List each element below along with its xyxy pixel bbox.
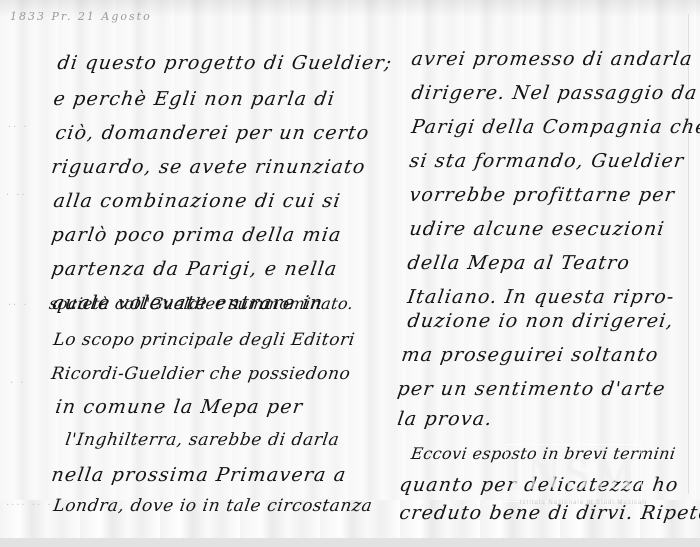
handwritten-line: partenza da Parigi, e nella [50,258,339,280]
handwritten-line: udire alcune esecuzioni [408,218,666,240]
right-page: avrei promesso di andarla a dirigere. Ne… [350,0,700,538]
handwritten-line: di questo progetto di Gueldier; [56,52,394,74]
handwritten-line: si sta formando, Gueldier [408,150,686,172]
watermark-subtext: Istituto Nazionale di Studi Musicali [520,500,647,506]
handwritten-line: e perchè Egli non parla di [52,88,337,110]
handwritten-line: società coll'Gueldier summominato. [48,294,355,313]
handwritten-line: Italiano. In questa ripro- [406,286,676,308]
handwritten-line: Lo scopo principale degli Editori [52,330,356,350]
handwritten-line: avrei promesso di andarla a [410,48,700,70]
handwritten-line: Ricordi-Gueldier che possiedono [50,364,352,384]
handwritten-line: alla combinazione di cui si [52,190,342,212]
handwritten-line: nella prossima Primavera a [50,464,348,486]
handwritten-line: Eccovi esposto in brevi termini [410,444,677,463]
handwritten-line: per un sentimento d'arte [396,378,667,400]
handwritten-line: duzione io non dirigerei, [406,310,675,332]
handwritten-line: l'Inghilterra, sarebbe di darla [64,430,341,450]
left-page: di questo progetto di Gueldier; e perchè… [0,0,350,538]
handwritten-line: dirigere. Nel passaggio da [410,82,699,104]
handwritten-line: la prova. [396,408,494,430]
letter-scan: 1833 Pr. 21 Agosto ·· · · ·· ·· · · · ··… [0,0,700,538]
handwritten-line: Parigi della Compagnia che [410,116,700,138]
handwritten-line: in comune la Mepa per [54,396,305,418]
scan-bottom-edge [0,538,700,547]
handwritten-line: Londra, dove io in tale circostanza [52,496,374,516]
handwritten-line: ma proseguirei soltanto [400,344,660,366]
handwritten-line: ciò, domanderei per un certo [54,122,371,144]
handwritten-line: parlò poco prima della mia [50,224,343,246]
handwritten-line: quanto per delicatezza ho [398,474,680,496]
handwritten-line: della Mepa al Teatro [406,252,632,274]
handwritten-line: vorrebbe profittarne per [408,184,677,206]
handwritten-line: riguardo, se avete rinunziato [50,156,367,178]
